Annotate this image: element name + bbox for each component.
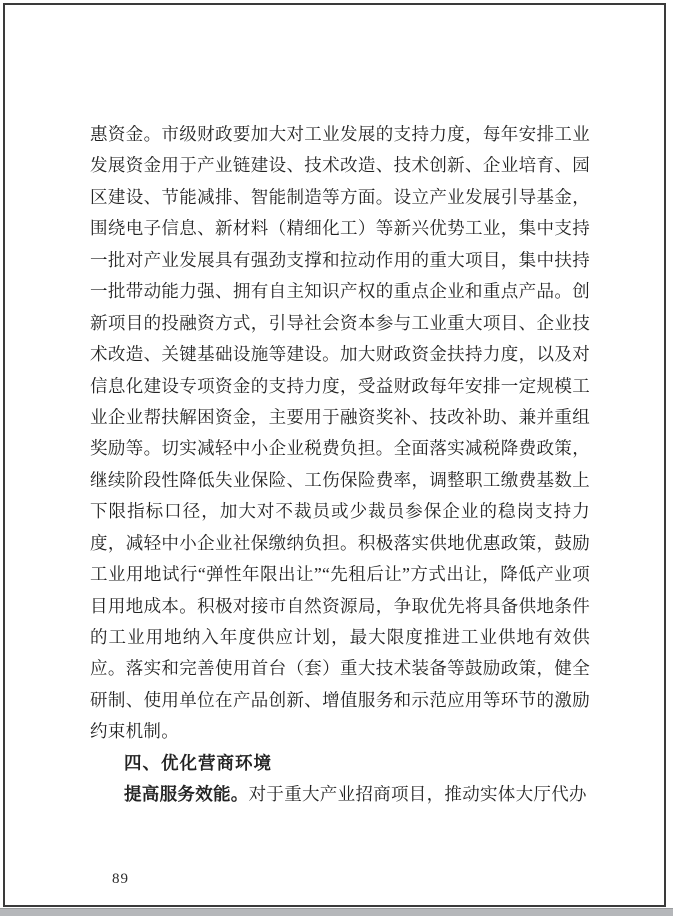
body-line: 术改造、关键基础设施等建设。加大财政资金扶持力度，以及对 — [90, 339, 590, 370]
last-paragraph-text: 对于重大产业招商项目，推动实体大厅代办 — [249, 784, 587, 804]
body-line: 惠资金。市级财政要加大对工业发展的支持力度，每年安排工业 — [90, 119, 590, 150]
bold-lead-phrase: 提高服务效能。 — [124, 784, 249, 804]
body-line: 应。落实和完善使用首台（套）重大技术装备等鼓励政策，健全 — [90, 653, 590, 684]
document-page: 惠资金。市级财政要加大对工业发展的支持力度，每年安排工业 发展资金用于产业链建设… — [0, 0, 673, 916]
body-line: 新项目的投融资方式，引导社会资本参与工业重大项目、企业技 — [90, 308, 590, 339]
body-line: 信息化建设专项资金的支持力度，受益财政每年安排一定规模工 — [90, 371, 590, 402]
section-heading: 四、优化营商环境 — [90, 748, 590, 779]
body-line: 约束机制。 — [90, 716, 590, 747]
body-line: 下限指标口径，加大对不裁员或少裁员参保企业的稳岗支持力 — [90, 496, 590, 527]
body-line: 区建设、节能减排、智能制造等方面。设立产业发展引导基金， — [90, 182, 590, 213]
body-line: 一批对产业发展具有强劲支撑和拉动作用的重大项目，集中扶持 — [90, 245, 590, 276]
body-line: 的工业用地纳入年度供应计划，最大限度推进工业供地有效供 — [90, 622, 590, 653]
body-line: 奖励等。切实减轻中小企业税费负担。全面落实减税降费政策， — [90, 433, 590, 464]
body-line: 一批带动能力强、拥有自主知识产权的重点企业和重点产品。创 — [90, 276, 590, 307]
last-paragraph-line: 提高服务效能。对于重大产业招商项目，推动实体大厅代办 — [90, 779, 590, 810]
screen-edge-strip — [0, 908, 673, 916]
body-line: 目用地成本。积极对接市自然资源局，争取优先将具备供地条件 — [90, 591, 590, 622]
body-line: 度，减轻中小企业社保缴纳负担。积极落实供地优惠政策，鼓励 — [90, 528, 590, 559]
body-line: 工业用地试行“弹性年限出让”“先租后让”方式出让，降低产业项 — [90, 559, 590, 590]
page-number: 89 — [112, 871, 129, 888]
body-line: 发展资金用于产业链建设、技术改造、技术创新、企业培育、园 — [90, 150, 590, 181]
body-line: 业企业帮扶解困资金，主要用于融资奖补、技改补助、兼并重组 — [90, 402, 590, 433]
body-line: 继续阶段性降低失业保险、工伤保险费率，调整职工缴费基数上 — [90, 465, 590, 496]
body-line: 研制、使用单位在产品创新、增值服务和示范应用等环节的激励 — [90, 685, 590, 716]
text-block: 惠资金。市级财政要加大对工业发展的支持力度，每年安排工业 发展资金用于产业链建设… — [90, 119, 590, 811]
body-line: 围绕电子信息、新材料（精细化工）等新兴优势工业，集中支持 — [90, 213, 590, 244]
